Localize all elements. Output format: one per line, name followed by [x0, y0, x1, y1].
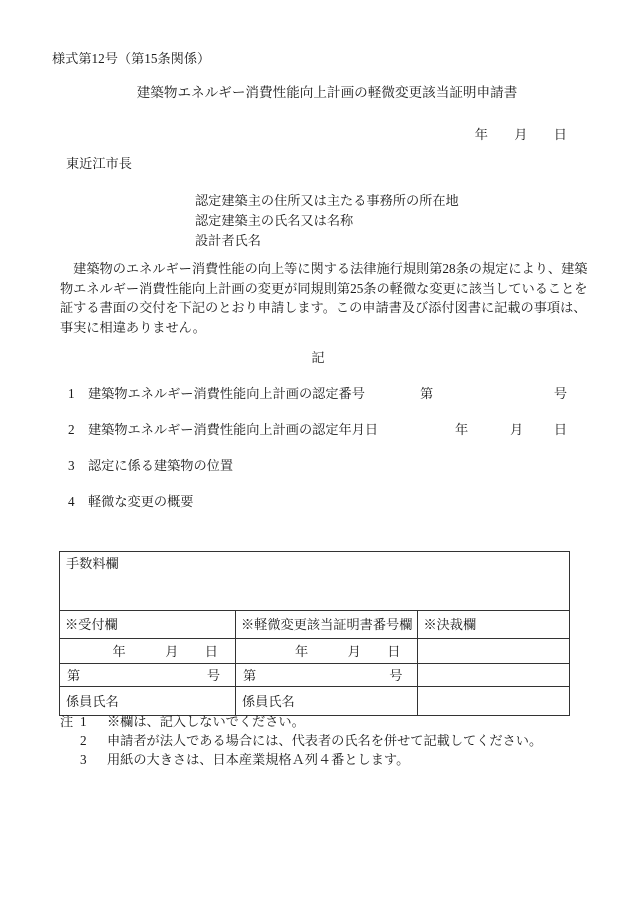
applicant-block: 認定建築主の住所又は主たる事務所の所在地 認定建築主の氏名又は名称 設計者氏名: [195, 191, 459, 251]
body-line-3: 証する書面の交付を下記のとおり申請します。この申請書及び添付図書に記載の事項は、: [60, 298, 588, 318]
certification-date-year: 年: [455, 421, 468, 438]
applicant-name-label: 認定建築主の氏名又は名称: [195, 211, 459, 231]
approval-blank-cell-3: [418, 687, 570, 716]
list-item-2-number: 2: [68, 421, 88, 438]
note-prefix: 注: [60, 713, 80, 730]
list-item-1-number: 1: [68, 385, 88, 402]
note-3-number: 3: [80, 751, 94, 768]
certification-number-prefix: 第: [420, 385, 433, 402]
certificate-staff-cell: 係員氏名: [236, 687, 418, 716]
applicant-address-label: 認定建築主の住所又は主たる事務所の所在地: [195, 191, 459, 211]
note-1-text: ※欄は、記入しないでください。: [107, 714, 305, 729]
list-item-3-number: 3: [68, 457, 88, 474]
number-row: 第号 第号: [60, 664, 570, 687]
column-header-row: ※受付欄 ※軽微変更該当証明書番号欄 ※決裁欄: [60, 611, 570, 639]
record-marker: 記: [0, 349, 630, 366]
note-3: 3用紙の大きさは、日本産業規格Ａ列４番とします。: [60, 751, 409, 768]
list-item-1-label: 建築物エネルギー消費性能向上計画の認定番号: [88, 386, 365, 401]
list-item-certification-number: 1建築物エネルギー消費性能向上計画の認定番号 第 号: [60, 385, 567, 402]
list-item-4-label: 軽微な変更の概要: [88, 494, 194, 509]
reception-number-prefix: 第: [67, 667, 80, 684]
note-1: 注1※欄は、記入しないでください。: [60, 713, 305, 730]
note-2-text: 申請者が法人である場合には、代表者の氏名を併せて記載してください。: [107, 733, 542, 748]
reception-number-suffix: 号: [207, 667, 220, 684]
approval-blank-cell-1: [418, 639, 570, 664]
fee-row: 手数料欄: [60, 552, 570, 611]
list-item-2-label: 建築物エネルギー消費性能向上計画の認定年月日: [88, 422, 378, 437]
certification-date-day: 日: [554, 421, 567, 438]
note-3-text: 用紙の大きさは、日本産業規格Ａ列４番とします。: [107, 752, 409, 767]
certificate-number-column-header: ※軽微変更該当証明書番号欄: [236, 611, 418, 639]
note-2: 2申請者が法人である場合には、代表者の氏名を併せて記載してください。: [60, 732, 542, 749]
reception-date-cell: 年 月 日: [60, 639, 236, 664]
processing-table: 手数料欄 ※受付欄 ※軽微変更該当証明書番号欄 ※決裁欄 年 月 日 年 月 日…: [59, 551, 570, 716]
list-item-building-location: 3認定に係る建築物の位置: [60, 457, 567, 474]
approval-blank-cell-2: [418, 664, 570, 687]
document-page: 様式第12号（第15条関係） 建築物エネルギー消費性能向上計画の軽微変更該当証明…: [0, 0, 630, 903]
list-item-3-label: 認定に係る建築物の位置: [88, 458, 233, 473]
body-line-4: 事実に相違ありません。: [60, 318, 588, 338]
list-item-4-number: 4: [68, 493, 88, 510]
fee-cell: 手数料欄: [60, 552, 570, 611]
body-line-1: 建築物のエネルギー消費性能の向上等に関する法律施行規則第28条の規定により、建築: [60, 259, 588, 279]
date-row: 年 月 日 年 月 日: [60, 639, 570, 664]
certificate-date-cell: 年 月 日: [236, 639, 418, 664]
form-number: 様式第12号（第15条関係）: [52, 50, 210, 67]
reception-staff-cell: 係員氏名: [60, 687, 236, 716]
approval-column-header: ※決裁欄: [418, 611, 570, 639]
note-1-number: 1: [80, 713, 94, 730]
certificate-number-suffix: 号: [389, 667, 402, 684]
application-date-line: 年 月 日: [475, 126, 567, 143]
certification-number-suffix: 号: [554, 385, 567, 402]
certificate-number-prefix: 第: [243, 667, 256, 684]
certificate-number-cell: 第号: [236, 664, 418, 687]
body-paragraph: 建築物のエネルギー消費性能の向上等に関する法律施行規則第28条の規定により、建築…: [60, 259, 588, 337]
addressee-mayor: 東近江市長: [66, 155, 132, 172]
list-item-certification-date: 2建築物エネルギー消費性能向上計画の認定年月日 年 月 日: [60, 421, 567, 438]
list-item-minor-change-summary: 4軽微な変更の概要: [60, 493, 567, 510]
document-title: 建築物エネルギー消費性能向上計画の軽微変更該当証明申請書: [0, 84, 630, 101]
reception-column-header: ※受付欄: [60, 611, 236, 639]
staff-name-row: 係員氏名 係員氏名: [60, 687, 570, 716]
reception-number-cell: 第号: [60, 664, 236, 687]
note-2-number: 2: [80, 732, 94, 749]
body-line-2: 物エネルギー消費性能向上計画の変更が同規則第25条の軽微な変更に該当していること…: [60, 279, 588, 299]
certification-date-month: 月: [510, 421, 523, 438]
designer-name-label: 設計者氏名: [195, 231, 459, 251]
